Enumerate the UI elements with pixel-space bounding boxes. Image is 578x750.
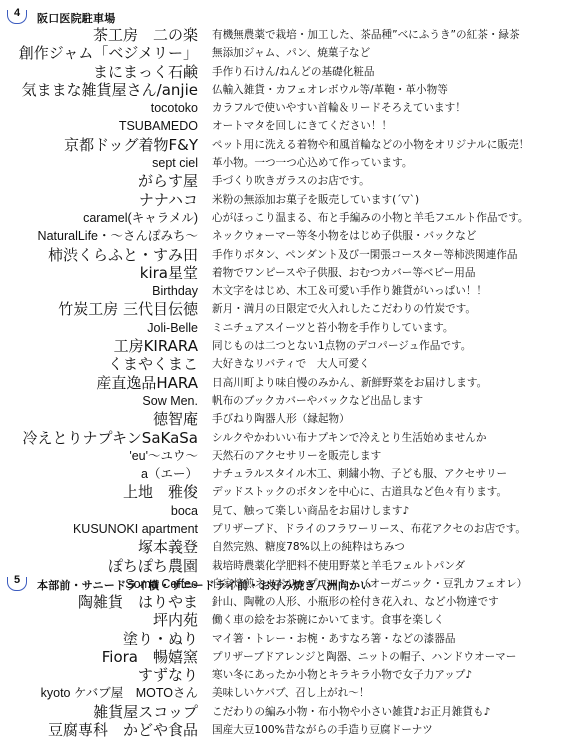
vendor-name: Sow Men.	[142, 392, 198, 410]
vendor-row: TSUBAMEDOオートマタを回しにきてください！！	[0, 117, 578, 135]
vendor-name: 工房KIRARA	[114, 337, 198, 355]
vendor-name: Birthday	[152, 282, 198, 300]
area-number: 5	[8, 574, 26, 586]
vendor-name: tocotoko	[151, 99, 198, 117]
vendor-row: 茶工房 二の楽有機無農薬で栽培・加工した、茶品種”べにふうき”の紅茶・緑茶	[0, 26, 578, 44]
vendor-row: 工房KIRARA同じものは二つとない1点物のデコパージュ作品です。	[0, 337, 578, 355]
vendor-row: Birthday木文字をはじめ、木工＆可愛い手作り雑貨がいっぱい！！	[0, 282, 578, 300]
vendor-row: 産直逸品HARA日高川町より味自慢のみかん、新鮮野菜をお届けします。	[0, 374, 578, 392]
vendor-description: 心がほっこり温まる、布と手編みの小物と羊毛フエルト作品です。	[212, 211, 528, 226]
vendor-row: 塚本義登自然完熟、糖度78%以上の純粋はちみつ	[0, 538, 578, 556]
vendor-row: 柿渋くらふと・すみ田手作りボタン、ペンダント及び一閑張コースター等柿渋関連作品	[0, 246, 578, 264]
vendor-description: 無添加ジャム、パン、焼菓子など	[212, 46, 370, 61]
vendor-description: 栽培時農薬化学肥料不使用野菜と羊毛フェルトパンダ	[212, 559, 465, 574]
vendor-row: 徳智庵手びねり陶器人形（縁起物）	[0, 410, 578, 428]
vendor-name: くまやくまこ	[108, 355, 198, 373]
vendor-description: 帆布のブックカバーやバックなど出品します	[212, 394, 423, 409]
vendor-name: ぽちぽち農園	[108, 557, 198, 575]
vendor-list: 茶工房 二の楽有機無農薬で栽培・加工した、茶品種”べにふうき”の紅茶・緑茶創作ジ…	[0, 26, 578, 593]
vendor-row: kyoto ケバブ屋 MOTOさん美味しいケバブ、召し上がれ～！	[0, 684, 578, 702]
vendor-name: NaturalLife・～さんぽみち～	[38, 227, 198, 245]
section-5: 5 本部前・サニードライ横・サニードライ前・お好み焼き八洲向かい 陶雑貨 はりや…	[0, 575, 578, 739]
section-title: 阪口医院駐車場	[37, 10, 115, 26]
vendor-description: 革小物。一つ一つ心込めて作っています。	[212, 156, 412, 171]
vendor-row: sept ciel革小物。一つ一つ心込めて作っています。	[0, 154, 578, 172]
vendor-name: 豆腐専科 かどや食品	[48, 721, 198, 739]
vendor-description: 木文字をはじめ、木工＆可愛い手作り雑貨がいっぱい！！	[212, 284, 487, 299]
vendor-row: 'eu'～ユウ～天然石のアクセサリーを販売します	[0, 447, 578, 465]
vendor-name: 塗り・ぬり	[123, 630, 198, 648]
vendor-description: マイ箸・トレー・お椀・あすなろ箸・などの漆器品	[212, 632, 455, 647]
vendor-row: NaturalLife・～さんぽみち～ネックウォーマー等冬小物をはじめ子供服・バ…	[0, 227, 578, 245]
vendor-description: 寒い冬にあったか小物とキラキラ小物で女子力アップ♪	[212, 668, 472, 683]
area-number-badge: 5	[7, 577, 27, 591]
vendor-row: がらす屋手づくり吹きガラスのお店です。	[0, 172, 578, 190]
vendor-description: 大好きなリバティで 大人可愛く	[212, 357, 370, 372]
vendor-list: 陶雑貨 はりやま針山、陶靴の人形、小瓶形の栓付き花入れ、など小物達です坪内苑働く…	[0, 593, 578, 739]
vendor-row: すずなり寒い冬にあったか小物とキラキラ小物で女子力アップ♪	[0, 666, 578, 684]
vendor-name: boca	[171, 502, 198, 520]
vendor-name: 上地 雅俊	[123, 483, 198, 501]
vendor-description: オートマタを回しにきてください！！	[212, 119, 392, 134]
vendor-name: 茶工房 二の楽	[93, 26, 198, 44]
vendor-row: KUSUNOKI apartmentプリザーブド、ドライのフラワーリース、布花ア…	[0, 520, 578, 538]
vendor-row: ぽちぽち農園栽培時農薬化学肥料不使用野菜と羊毛フェルトパンダ	[0, 557, 578, 575]
vendor-name: 'eu'～ユウ～	[129, 447, 198, 465]
vendor-description: 天然石のアクセサリーを販売します	[212, 449, 381, 464]
vendor-row: 気ままな雑貨屋さん/anjie仏輸入雑貨・カフェオレボウル等/革鞄・革小物等	[0, 81, 578, 99]
vendor-row: ナナハコ米粉の無添加お菓子を販売しています(´▽`)	[0, 191, 578, 209]
vendor-name: KUSUNOKI apartment	[73, 520, 198, 538]
vendor-description: 見て、触って楽しい商品をお届けします♪	[212, 504, 409, 519]
vendor-description: 国産大豆100%昔ながらの手造り豆腐ドーナツ	[212, 723, 433, 738]
vendor-row: 塗り・ぬりマイ箸・トレー・お椀・あすなろ箸・などの漆器品	[0, 630, 578, 648]
vendor-name: 気ままな雑貨屋さん/anjie	[22, 81, 198, 99]
vendor-row: Joli-Belleミニチュアスイーツと苔小物を手作りしています。	[0, 319, 578, 337]
section-header: 4 阪口医院駐車場	[0, 8, 578, 26]
vendor-description: 仏輸入雑貨・カフェオレボウル等/革鞄・革小物等	[212, 83, 448, 98]
vendor-name: Fiora 暢嬉窯	[102, 648, 198, 666]
vendor-name: TSUBAMEDO	[119, 117, 198, 135]
vendor-name: 塚本義登	[138, 538, 198, 556]
vendor-description: デッドストックのボタンを中心に、古道具など色々有ります。	[212, 485, 507, 500]
vendor-description: 自然完熟、糖度78%以上の純粋はちみつ	[212, 540, 405, 555]
vendor-row: 創作ジャム「ベジメリー」無添加ジャム、パン、焼菓子など	[0, 44, 578, 62]
vendor-description: プリザーブドアレンジと陶器、ニットの帽子、ハンドウオーマー	[212, 650, 516, 665]
vendor-description: プリザーブド、ドライのフラワーリース、布花アクセのお店です。	[212, 522, 526, 537]
vendor-name: kyoto ケバブ屋 MOTOさん	[41, 684, 198, 702]
vendor-description: 着物でワンピースや子供服、おむつカバー等ベビー用品	[212, 266, 475, 281]
vendor-row: 陶雑貨 はりやま針山、陶靴の人形、小瓶形の栓付き花入れ、など小物達です	[0, 593, 578, 611]
section-title: 本部前・サニードライ横・サニードライ前・お好み焼き八洲向かい	[37, 577, 371, 593]
vendor-description: 手びねり陶器人形（縁起物）	[212, 412, 350, 427]
vendor-name: ナナハコ	[139, 191, 198, 209]
vendor-description: 同じものは二つとない1点物のデコパージュ作品です。	[212, 339, 471, 354]
section-header: 5 本部前・サニードライ横・サニードライ前・お好み焼き八洲向かい	[0, 575, 578, 593]
vendor-name: 徳智庵	[153, 410, 198, 428]
vendor-description: 手づくり吹きガラスのお店です。	[212, 174, 370, 189]
vendor-name: まにまっく石鹸	[93, 63, 198, 81]
vendor-name: 創作ジャム「ベジメリー」	[19, 44, 198, 62]
vendor-name: a（エー）	[141, 465, 198, 483]
vendor-name: kira星堂	[140, 264, 198, 282]
vendor-row: caramel(キャラメル)心がほっこり温まる、布と手編みの小物と羊毛フエルト作…	[0, 209, 578, 227]
vendor-description: 米粉の無添加お菓子を販売しています(´▽`)	[212, 193, 419, 208]
vendor-name: 雑貨屋スコップ	[93, 703, 198, 721]
vendor-description: 日高川町より味自慢のみかん、新鮮野菜をお届けします。	[212, 376, 487, 391]
vendor-name: がらす屋	[138, 172, 198, 190]
vendor-row: 雑貨屋スコップこだわりの編み小物・布小物や小さい雑貨♪お正月雑貨も♪	[0, 703, 578, 721]
vendor-name: 産直逸品HARA	[96, 374, 198, 392]
vendor-name: Joli-Belle	[147, 319, 198, 337]
vendor-description: 新月・満月の日限定で火入れしたこだわりの竹炭です。	[212, 302, 476, 317]
vendor-description: カラフルで使いやすい首輪＆リードそろえています！	[212, 101, 466, 116]
vendor-row: くまやくまこ大好きなリバティで 大人可愛く	[0, 355, 578, 373]
vendor-description: ミニチュアスイーツと苔小物を手作りしています。	[212, 321, 453, 336]
vendor-description: こだわりの編み小物・布小物や小さい雑貨♪お正月雑貨も♪	[212, 705, 490, 720]
vendor-name: sept ciel	[152, 154, 198, 172]
vendor-name: 京都ドッグ着物F&Y	[64, 136, 198, 154]
vendor-description: ナチュラルスタイル木工、刺繍小物、子ども服、アクセサリー	[212, 467, 507, 482]
vendor-row: 竹炭工房 三代目伝徳新月・満月の日限定で火入れしたこだわりの竹炭です。	[0, 300, 578, 318]
vendor-description: 手作り石けん/ねんどの基礎化粧品	[212, 65, 374, 80]
vendor-row: Sow Men.帆布のブックカバーやバックなど出品します	[0, 392, 578, 410]
vendor-row: 豆腐専科 かどや食品国産大豆100%昔ながらの手造り豆腐ドーナツ	[0, 721, 578, 739]
vendor-description: 手作りボタン、ペンダント及び一閑張コースター等柿渋関連作品	[212, 248, 518, 263]
vendor-row: kira星堂着物でワンピースや子供服、おむつカバー等ベビー用品	[0, 264, 578, 282]
vendor-description: ペット用に洗える着物や和風首輪などの小物をオリジナルに販売！	[212, 138, 529, 153]
vendor-description: 針山、陶靴の人形、小瓶形の栓付き花入れ、など小物達です	[212, 595, 499, 610]
vendor-description: 働く車の絵をお茶碗にかいてます。食事を楽しく	[212, 613, 444, 628]
vendor-row: 上地 雅俊デッドストックのボタンを中心に、古道具など色々有ります。	[0, 483, 578, 501]
vendor-description: 有機無農薬で栽培・加工した、茶品種”べにふうき”の紅茶・緑茶	[212, 28, 520, 43]
vendor-name: 柿渋くらふと・すみ田	[48, 246, 198, 264]
vendor-row: Fiora 暢嬉窯プリザーブドアレンジと陶器、ニットの帽子、ハンドウオーマー	[0, 648, 578, 666]
vendor-name: 坪内苑	[153, 611, 198, 629]
vendor-row: a（エー）ナチュラルスタイル木工、刺繍小物、子ども服、アクセサリー	[0, 465, 578, 483]
vendor-row: 冷えとりナプキンSaKaSaシルクやかわいい布ナプキンで冷えとり生活始めませんか	[0, 429, 578, 447]
vendor-row: まにまっく石鹸手作り石けん/ねんどの基礎化粧品	[0, 63, 578, 81]
vendor-description: ネックウォーマー等冬小物をはじめ子供服・バックなど	[212, 229, 476, 244]
vendor-name: caramel(キャラメル)	[83, 209, 198, 227]
vendor-name: 冷えとりナプキンSaKaSa	[23, 429, 198, 447]
vendor-row: 坪内苑働く車の絵をお茶碗にかいてます。食事を楽しく	[0, 611, 578, 629]
vendor-row: 京都ドッグ着物F&Yペット用に洗える着物や和風首輪などの小物をオリジナルに販売！	[0, 136, 578, 154]
vendor-name: 陶雑貨 はりやま	[78, 593, 198, 611]
vendor-name: すずなり	[138, 666, 198, 684]
vendor-description: 美味しいケバブ、召し上がれ～！	[212, 686, 369, 701]
area-number-badge: 4	[7, 10, 27, 24]
vendor-row: tocotokoカラフルで使いやすい首輪＆リードそろえています！	[0, 99, 578, 117]
vendor-description: シルクやかわいい布ナプキンで冷えとり生活始めませんか	[212, 431, 486, 446]
area-number: 4	[8, 7, 26, 19]
vendor-name: 竹炭工房 三代目伝徳	[58, 300, 198, 318]
section-4: 4 阪口医院駐車場 茶工房 二の楽有機無農薬で栽培・加工した、茶品種”べにふうき…	[0, 8, 578, 593]
vendor-row: boca見て、触って楽しい商品をお届けします♪	[0, 502, 578, 520]
